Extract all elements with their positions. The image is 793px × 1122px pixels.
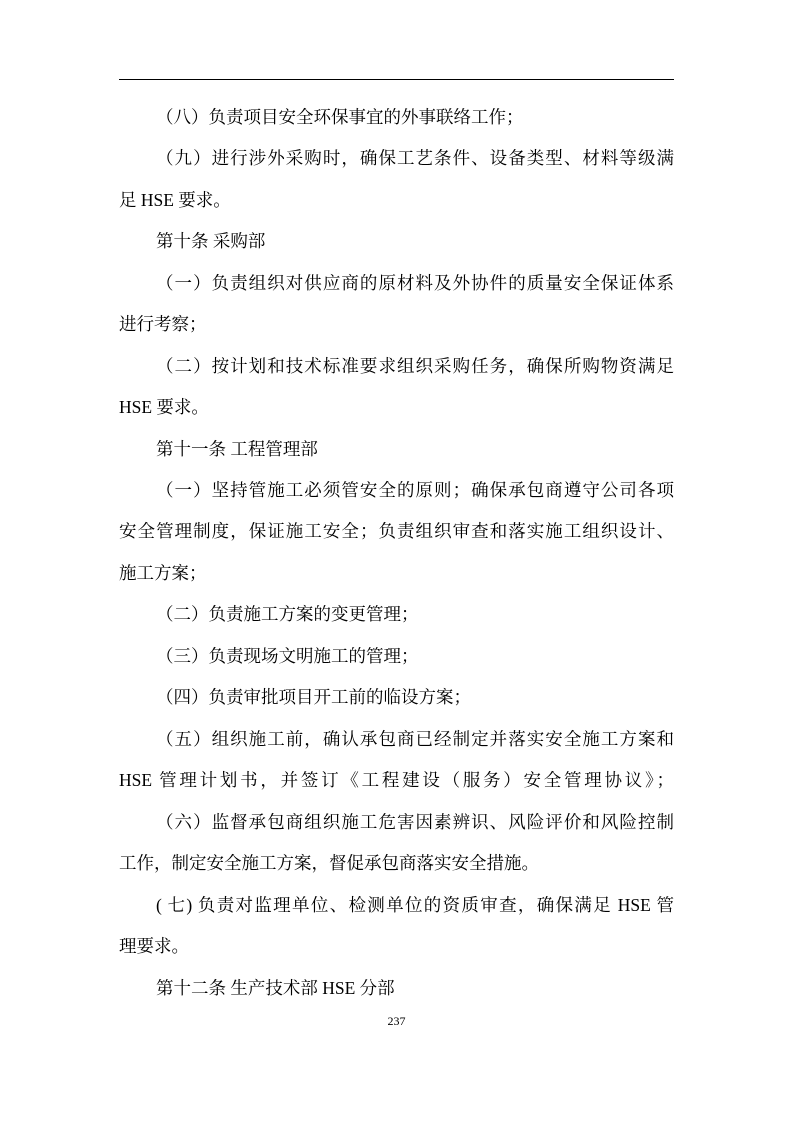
paragraph-line: （四）负责审批项目开工前的临设方案； bbox=[119, 677, 674, 718]
paragraph-line: ( 七) 负责对监理单位、检测单位的资质审查，确保满足 HSE 管 bbox=[119, 885, 674, 926]
paragraph-line: （二）按计划和技术标准要求组织采购任务，确保所购物资满足 bbox=[119, 346, 674, 387]
paragraph-line: （二）负责施工方案的变更管理； bbox=[119, 594, 674, 635]
header-rule bbox=[119, 79, 674, 80]
paragraph-line: HSE 管理计划书，并签订《工程建设（服务）安全管理协议》； bbox=[119, 760, 674, 801]
section-heading: 第十二条 生产技术部 HSE 分部 bbox=[119, 968, 674, 1009]
paragraph-line: （一）坚持管施工必须管安全的原则；确保承包商遵守公司各项 bbox=[119, 470, 674, 511]
paragraph-line: （六）监督承包商组织施工危害因素辨识、风险评价和风险控制 bbox=[119, 802, 674, 843]
paragraph-line: HSE 要求。 bbox=[119, 387, 674, 428]
section-heading: 第十一条 工程管理部 bbox=[119, 429, 674, 470]
paragraph-line: （一）负责组织对供应商的原材料及外协件的质量安全保证体系 bbox=[119, 263, 674, 304]
section-heading: 第十条 采购部 bbox=[119, 221, 674, 262]
paragraph-line: 理要求。 bbox=[119, 926, 674, 967]
page-number: 237 bbox=[0, 1013, 793, 1029]
paragraph-line: 足 HSE 要求。 bbox=[119, 180, 674, 221]
paragraph-line: （三）负责现场文明施工的管理； bbox=[119, 636, 674, 677]
paragraph-line: （九）进行涉外采购时，确保工艺条件、设备类型、材料等级满 bbox=[119, 138, 674, 179]
paragraph-line: 安全管理制度，保证施工安全；负责组织审查和落实施工组织设计、 bbox=[119, 511, 674, 552]
paragraph-line: （八）负责项目安全环保事宜的外事联络工作； bbox=[119, 97, 674, 138]
paragraph-line: （五）组织施工前，确认承包商已经制定并落实安全施工方案和 bbox=[119, 719, 674, 760]
paragraph-line: 进行考察； bbox=[119, 304, 674, 345]
paragraph-line: 工作，制定安全施工方案，督促承包商落实安全措施。 bbox=[119, 843, 674, 884]
paragraph-line: 施工方案； bbox=[119, 553, 674, 594]
